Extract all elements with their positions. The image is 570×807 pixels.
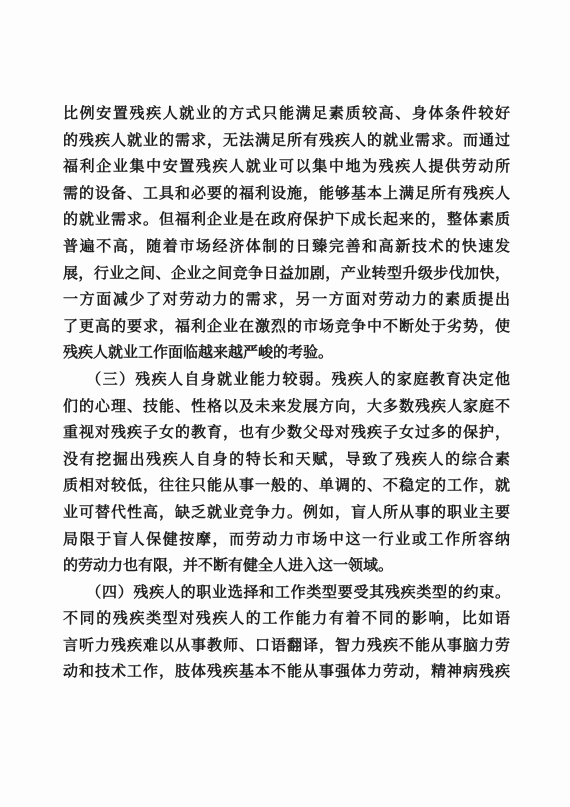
text-line: 没有挖掘出残疾人自身的特长和天赋，导致了残疾人的综合素 [63,447,510,474]
text-line-paragraph-end: 的劳动力也有限，并不断有健全人进入这一领域。 [63,553,510,580]
text-line: 了更高的要求，福利企业在激烈的市场竞争中不断处于劣势，使 [63,314,510,341]
text-line: 重视对残疾子女的教育，也有少数父母对残疾子女过多的保护， [63,420,510,447]
text-line: 一方面减少了对劳动力的需求，另一方面对劳动力的素质提出 [63,287,510,314]
text-line-paragraph-start: （四）残疾人的职业选择和工作类型要受其残疾类型的约束。 [63,580,510,607]
text-line: 需的设备、工具和必要的福利设施，能够基本上满足所有残疾人 [63,181,510,208]
text-line: 普遍不高，随着市场经济体制的日臻完善和高新技术的快速发 [63,234,510,261]
text-line: 福利企业集中安置残疾人就业可以集中地为残疾人提供劳动所 [63,154,510,181]
text-line: 的残疾人就业的需求，无法满足所有残疾人的就业需求。而通过 [63,128,510,155]
text-line: 的就业需求。但福利企业是在政府保护下成长起来的，整体素质 [63,207,510,234]
text-line: 业可替代性高，缺乏就业竞争力。例如，盲人所从事的职业主要 [63,500,510,527]
text-line-paragraph-end: 残疾人就业工作面临越来越严峻的考验。 [63,340,510,367]
text-line: 质相对较低，往往只能从事一般的、单调的、不稳定的工作，就 [63,473,510,500]
text-line: 动和技术工作，肢体残疾基本不能从事强体力劳动，精神病残疾 [63,659,510,686]
text-line: 们的心理、技能、性格以及未来发展方向，大多数残疾人家庭不 [63,394,510,421]
text-line: 言听力残疾难以从事教师、口语翻译，智力残疾不能从事脑力劳 [63,633,510,660]
text-line: 比例安置残疾人就业的方式只能满足素质较高、身体条件较好 [63,101,510,128]
text-line: 展，行业之间、企业之间竞争日益加剧，产业转型升级步伐加快， [63,261,510,288]
document-page: 比例安置残疾人就业的方式只能满足素质较高、身体条件较好 的残疾人就业的需求，无法… [0,0,570,807]
text-line-paragraph-start: （三）残疾人自身就业能力较弱。残疾人的家庭教育决定他 [63,367,510,394]
text-line: 局限于盲人保健按摩，而劳动力市场中这一行业或工作所容纳 [63,527,510,554]
text-block: 比例安置残疾人就业的方式只能满足素质较高、身体条件较好 的残疾人就业的需求，无法… [63,101,510,686]
text-line: 不同的残疾类型对残疾人的工作能力有着不同的影响，比如语 [63,606,510,633]
